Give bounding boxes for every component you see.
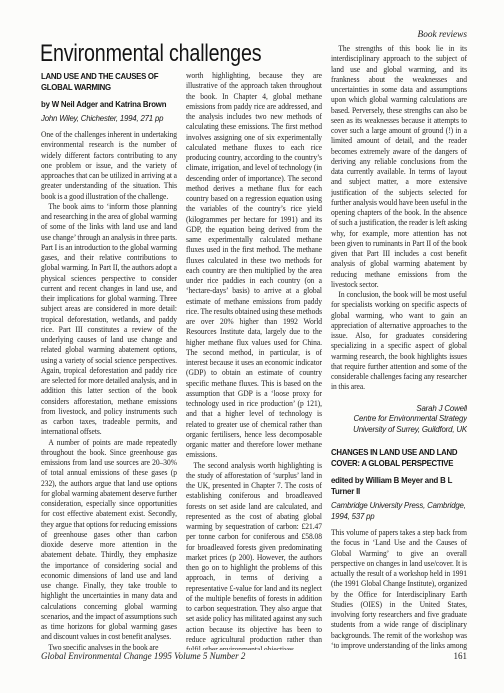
review1-paragraph-4-start: Two specific analyses in the book are [41,643,177,650]
page-title: Environmental challenges [40,40,261,68]
review1-paragraph-1: One of the challenges inherent in undert… [41,130,177,202]
review1-paragraph-5: The second analysis worth highlighting i… [186,461,322,651]
review1-paragraph-2: The book aims to ‘inform those planning … [41,202,177,438]
reviewer-location: University of Surrey, Guildford, UK [331,424,467,435]
page-footer: Global Environmental Change 1995 Volume … [41,651,467,662]
review2-imprint: Cambridge University Press, Cambridge, 1… [331,500,467,522]
review1-book-title: LAND USE AND THE CAUSES OF GLOBAL WARMIN… [41,71,177,93]
column-3: The strengths of this book lie in its in… [331,44,467,652]
review1-paragraph-4-continued: worth highlighting, because they are ill… [186,71,322,461]
review2-paragraph-1: This volume of papers takes a step back … [331,528,467,652]
journal-reference: Global Environmental Change 1995 Volume … [41,651,245,662]
column-2: worth highlighting, because they are ill… [186,71,322,650]
page-number: 161 [454,651,468,662]
review2-byline: edited by William B Meyer and B L Turner… [331,475,467,497]
review1-imprint: John Wiley, Chichester, 1994, 271 pp [41,113,177,124]
review1-paragraph-6: The strengths of this book lie in its in… [331,44,467,290]
review1-paragraph-3: A number of points are made repeatedly t… [41,438,177,643]
review1-byline: by W Neil Adger and Katrina Brown [41,99,177,110]
column-3-content: The strengths of this book lie in its in… [331,44,467,652]
column-2-content: worth highlighting, because they are ill… [186,71,322,650]
reviewer-name: Sarah J Cowell [331,403,467,414]
column-1-content: LAND USE AND THE CAUSES OF GLOBAL WARMIN… [41,71,177,650]
reviewer-affiliation: Centre for Environmental Strategy [331,413,467,424]
review2-book-title: CHANGES IN LAND USE AND LAND COVER: A GL… [331,447,467,469]
reviewer-signature: Sarah J Cowell Centre for Environmental … [331,403,467,435]
journal-page: Book reviews Environmental challenges LA… [0,0,504,693]
review1-paragraph-7: In conclusion, the book will be most use… [331,290,467,393]
column-1: LAND USE AND THE CAUSES OF GLOBAL WARMIN… [41,71,177,650]
